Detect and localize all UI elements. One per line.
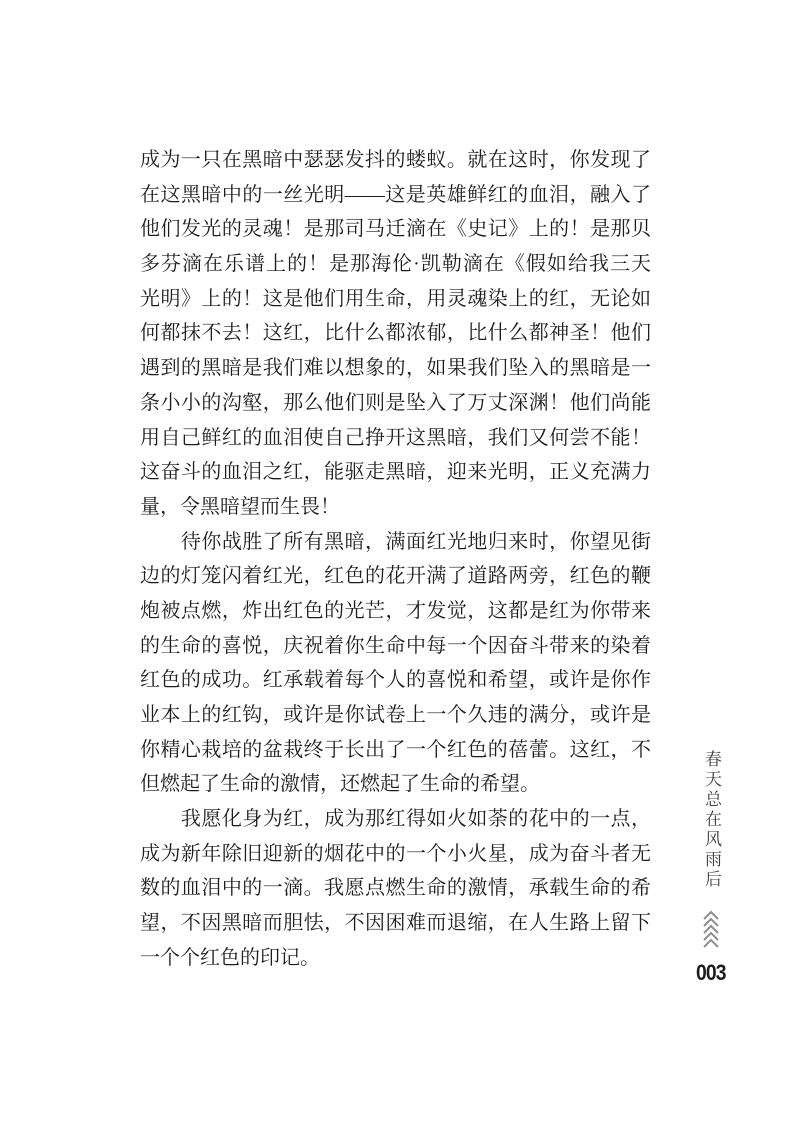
page-margin-sidebar: 春天总在风雨后 003: [688, 750, 734, 986]
text-line: 在这黑暗中的一丝光明——这是英雄鲜红的血泪，融入了: [140, 178, 651, 213]
text-line: 多芬滴在乐谱上的！是那海伦·凯勒滴在《假如给我三天: [140, 247, 651, 282]
text-line: 红色的成功。红承载着每个人的喜悦和希望，或许是你作: [140, 663, 651, 698]
text-line: 他们发光的灵魂！是那司马迁滴在《史记》上的！是那贝: [140, 212, 651, 247]
page-number: 003: [696, 960, 726, 986]
text-line: 你精心栽培的盆栽终于长出了一个红色的蓓蕾。这红，不: [140, 733, 651, 768]
text-line: 业本上的红钩，或许是你试卷上一个久违的满分，或许是: [140, 698, 651, 733]
text-line: 用自己鲜红的血泪使自己挣开这黑暗，我们又何尝不能！: [140, 421, 651, 456]
text-line: 成为一只在黑暗中瑟瑟发抖的蝼蚁。就在这时，你发现了: [140, 143, 651, 178]
book-title-vertical: 春天总在风雨后: [699, 750, 723, 890]
text-line: 条小小的沟壑，那么他们则是坠入了万丈深渊！他们尚能: [140, 386, 651, 421]
body-text-block: 成为一只在黑暗中瑟瑟发抖的蝼蚁。就在这时，你发现了 在这黑暗中的一丝光明——这是…: [140, 143, 651, 976]
text-line: 光明》上的！这是他们用生命，用灵魂染上的红，无论如: [140, 282, 651, 317]
text-line: 的生命的喜悦，庆祝着你生命中每一个因奋斗带来的染着: [140, 629, 651, 664]
text-line: 但燃起了生命的激情，还燃起了生命的希望。: [140, 767, 651, 802]
text-line: 数的血泪中的一滴。我愿点燃生命的激情，承载生命的希: [140, 871, 651, 906]
text-line: 遇到的黑暗是我们难以想象的，如果我们坠入的黑暗是一: [140, 351, 651, 386]
text-line: 待你战胜了所有黑暗，满面红光地归来时，你望见街: [140, 525, 651, 560]
book-page: 成为一只在黑暗中瑟瑟发抖的蝼蚁。就在这时，你发现了 在这黑暗中的一丝光明——这是…: [0, 0, 790, 1131]
text-line: 成为新年除旧迎新的烟花中的一个小火星，成为奋斗者无: [140, 837, 651, 872]
text-line: 边的灯笼闪着红光，红色的花开满了道路两旁，红色的鞭: [140, 559, 651, 594]
chevrons-up-icon: [702, 910, 720, 950]
text-line: 我愿化身为红，成为那红得如火如荼的花中的一点，: [140, 802, 651, 837]
text-line: 这奋斗的血泪之红，能驱走黑暗，迎来光明，正义充满力: [140, 455, 651, 490]
text-line: 一个个红色的印记。: [140, 941, 651, 976]
text-line: 何都抹不去！这红，比什么都浓郁，比什么都神圣！他们: [140, 316, 651, 351]
text-line: 量，令黑暗望而生畏！: [140, 490, 651, 525]
text-line: 炮被点燃，炸出红色的光芒，才发觉，这都是红为你带来: [140, 594, 651, 629]
text-line: 望，不因黑暗而胆怯，不因困难而退缩，在人生路上留下: [140, 906, 651, 941]
